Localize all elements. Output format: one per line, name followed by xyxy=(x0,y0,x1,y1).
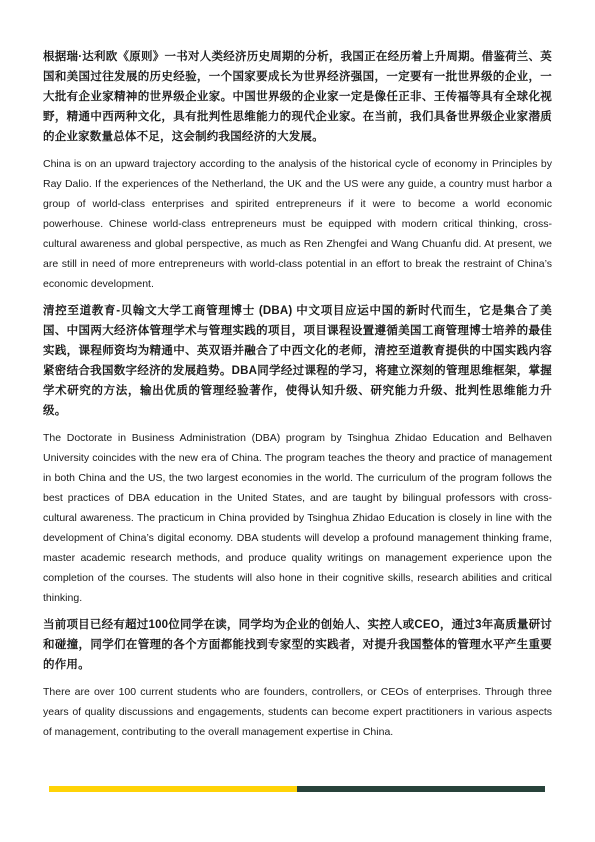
document-body: 根据瑞·达利欧《原则》一书对人类经济历史周期的分析，我国正在经历着上升周期。借鉴… xyxy=(43,47,552,749)
paragraph-cn-1: 根据瑞·达利欧《原则》一书对人类经济历史周期的分析，我国正在经历着上升周期。借鉴… xyxy=(43,47,552,147)
paragraph-en-2: The Doctorate in Business Administration… xyxy=(43,428,552,608)
paragraph-en-3: There are over 100 current students who … xyxy=(43,682,552,742)
footer-bar-yellow-segment xyxy=(49,786,297,792)
footer-accent-bar xyxy=(49,786,545,792)
paragraph-cn-2: 清控至道教育-贝翰文大学工商管理博士 (DBA) 中文项目应运中国的新时代而生，… xyxy=(43,301,552,421)
document-page: 根据瑞·达利欧《原则》一书对人类经济历史周期的分析，我国正在经历着上升周期。借鉴… xyxy=(0,0,595,842)
footer-bar-green-segment xyxy=(297,786,545,792)
paragraph-en-1: China is on an upward trajectory accordi… xyxy=(43,154,552,294)
paragraph-cn-3: 当前项目已经有超过100位同学在读，同学均为企业的创始人、实控人或CEO，通过3… xyxy=(43,615,552,675)
